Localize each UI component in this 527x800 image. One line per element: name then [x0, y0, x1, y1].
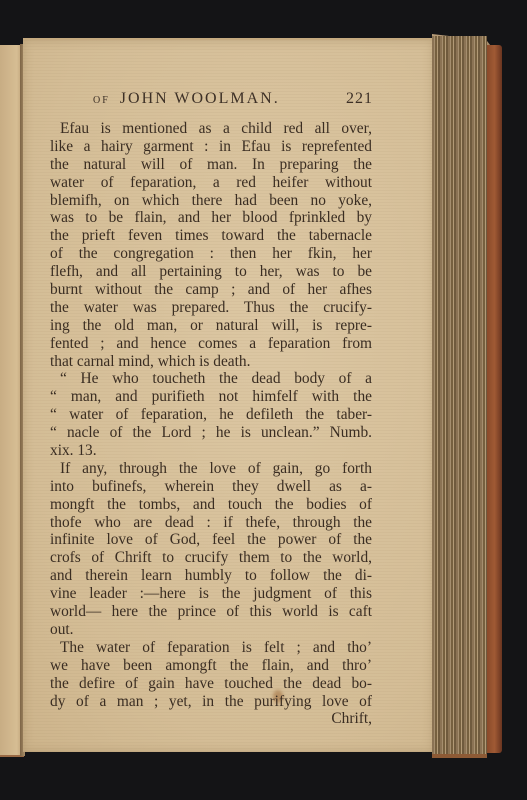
text-line: the prieft feven times toward the tabern… [50, 227, 372, 245]
text-line: “ nacle of the Lord ; he is unclean.” Nu… [50, 424, 372, 442]
text-line: “ water of feparation, he defileth the t… [50, 406, 372, 424]
text-line: thofe who are dead : if thefe, through t… [50, 514, 372, 532]
text-line: Chrift, [50, 710, 372, 728]
text-line: we have been amongft the flain, and thro… [50, 657, 372, 675]
text-line: crofs of Chrift to crucify them to the w… [50, 549, 372, 567]
running-head-title: JOHN WOOLMAN. [120, 90, 280, 107]
text-line: the water was prepared. Thus the crucify… [50, 299, 372, 317]
text-line: fented ; and hence comes a feparation fr… [50, 335, 372, 353]
text-line: dy of a man ; yet, in the purifying love… [50, 693, 372, 711]
body-text: Efau is mentioned as a child red all ove… [50, 120, 372, 728]
text-line: infinite love of God, feel the power of … [50, 531, 372, 549]
page-number: 221 [346, 90, 373, 108]
text-line: vine leader :—here is the judgment of th… [50, 585, 372, 603]
text-line: “ man, and purifieth not himfelf with th… [50, 388, 372, 406]
text-line: xix. 13. [50, 442, 372, 460]
text-line: mongft the tombs, and touch the bodies o… [50, 496, 372, 514]
text-line: If any, through the love of gain, go for… [50, 460, 372, 478]
text-line: that carnal mind, which is death. [50, 353, 372, 371]
text-line: burnt without the camp ; and of her afhe… [50, 281, 372, 299]
text-line: the natural will of man. In preparing th… [50, 156, 372, 174]
text-line: into bufinefs, wherein they dwell as a- [50, 478, 372, 496]
text-line: out. [50, 621, 372, 639]
text-line: Efau is mentioned as a child red all ove… [50, 120, 372, 138]
running-head-prefix: OF [93, 95, 110, 106]
text-line: was to be flain, and her blood fprinkled… [50, 209, 372, 227]
text-line: flefh, and all pertaining to her, was to… [50, 263, 372, 281]
leather-cover-edge [487, 45, 502, 753]
text-line: the defire of gain have touched the dead… [50, 675, 372, 693]
text-line: water of feparation, a red heifer withou… [50, 174, 372, 192]
text-line: of the congregation : then her fkin, her [50, 245, 372, 263]
text-line: The water of feparation is felt ; and th… [50, 639, 372, 657]
text-line: and therein learn humbly to follow the d… [50, 567, 372, 585]
text-line: world— here the prince of this world is … [50, 603, 372, 621]
page-block-fore-edge [432, 36, 487, 758]
text-line: like a hairy garment : in Efau is repref… [50, 138, 372, 156]
running-head: OF JOHN WOOLMAN. 221 [93, 90, 373, 110]
text-line: ing the old man, or natural will, is rep… [50, 317, 372, 335]
text-line: “ He who toucheth the dead body of a [50, 370, 372, 388]
text-line: blemifh, on which there had been no yoke… [50, 192, 372, 210]
